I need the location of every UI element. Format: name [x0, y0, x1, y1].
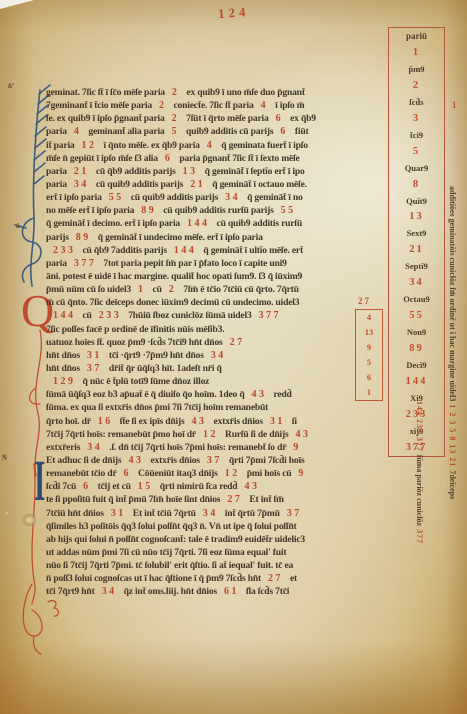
text-line: geminat. 7ſic ſt̄ ī ſc̄o mēſe paria2ex… — [46, 84, 398, 97]
text-line: n̄ poſſ3 ſolui cognoſcas ut ī hac q̄ſti… — [46, 570, 398, 583]
fib-label: Quīt9 — [406, 196, 427, 206]
red-numeral: 34 — [203, 508, 218, 519]
side-box-value: 5 — [367, 358, 371, 367]
side-box-value: 1 — [367, 388, 371, 397]
parchment-hole — [24, 515, 35, 525]
fib-number: 144 — [406, 376, 428, 387]
text-run: ſt̄e ſi ex ipīs dn̄ijs — [120, 416, 185, 427]
text-run: fiūt — [295, 126, 309, 137]
fib-label: Non9 — [407, 327, 426, 337]
text-line: ert̄ ī ipſo paria55cū quib9 additis pa… — [46, 189, 398, 202]
text-run: ī q̄nto mēſe. ex q̄b9 paria — [104, 140, 200, 151]
text-run: ſūma pariōz cuniclōz — [415, 455, 424, 526]
text-line: hn̄t dn̄os31tc̄i ·q̄rt9 ·7p̄m9 hn̄t dn̄o… — [46, 347, 398, 360]
fibonacci-table: pariū 1p̄m92ſcd̄s3t̄ci95Quar98Quīt913S… — [388, 27, 445, 457]
text-line: 233cū q̄b9 7additis parijs144q̄ geminā… — [46, 242, 398, 255]
fib-number: 1 — [413, 47, 420, 58]
text-line: ſe. ex quib9 ī ipſo p̄gnant̄ paria27ſū… — [46, 110, 398, 123]
parchment-hole — [5, 511, 9, 515]
text-line: q̄rto hoī. dr̄16ſt̄e ſi ex ipīs dn̄ijs43… — [46, 413, 398, 426]
fib-label: Sext9 — [407, 228, 427, 238]
text-line: Et adhuc ſi de dn̄ijs43extxr̄is dn̄ios37… — [46, 452, 398, 465]
text-run: 7tc̄iū hn̄t dn̄ios — [46, 508, 104, 519]
text-run: quib9 additis cū parijs — [186, 126, 273, 137]
red-numeral: 12 — [82, 140, 97, 151]
red-numeral: 9 — [298, 468, 306, 479]
fibonacci-table-header: pariū — [406, 31, 427, 41]
text-run: 7deīceps — [448, 470, 457, 499]
text-run: 7ſic poſſes facē p ordinē de īfinitis… — [46, 324, 224, 335]
red-numeral: 1 2 3 5 8 13 21 — [448, 404, 457, 467]
text-run: redd̄ — [273, 389, 291, 400]
text-line: tc̄i 7q̄rt9 hn̄t34q̄z int̄ oms.liij. hn̄… — [46, 583, 398, 596]
fib-label: t̄ci9 — [410, 130, 423, 140]
fib-label: ſcd̄s — [409, 97, 423, 107]
text-run: q̄ſimiles h3 poſitōis q̄q3 ſolui poſſn̄… — [46, 521, 296, 532]
margin-mark: n̄ — [16, 222, 20, 230]
fib-number: 8 — [413, 179, 420, 190]
text-run: Et int̄ tc̄iū 7q̄rtū — [133, 508, 196, 519]
text-line: āni. potest ē uidē ī hac margine. qu… — [46, 268, 398, 281]
fib-label: Decī9 — [406, 360, 426, 370]
red-numeral: 31 — [270, 416, 285, 427]
vertical-marginal-note: additiōes geminatōis cuniclōz ſm̄ ord… — [445, 186, 463, 499]
text-line: ab hijs qui ſolui n̄ poſſn̄t cognoſcant̄… — [46, 531, 398, 544]
text-line: 7geminant̄ ī t̄cio mēſe paria2coniect̄… — [46, 97, 398, 110]
text-run: ſūma. ex qua ſi extxr̄is dn̄os p̄mi 7ſi… — [46, 402, 268, 413]
text-run: q̄ geminata fuert̄ ī ipſo — [221, 140, 308, 151]
side-box-label: 27 — [358, 296, 371, 306]
red-numeral: 4 — [74, 126, 82, 137]
text-line: paria4geminant̄ alia paria5quib9 additis… — [46, 123, 398, 136]
fib-label: Septī9 — [405, 261, 428, 271]
fib-number: 3 — [413, 113, 420, 124]
text-line: uatuoz hoīes ſt̄. quoz p̄m9 ·ſcd̄s 7tc̄i… — [46, 334, 398, 347]
fib-label: Quar9 — [405, 163, 429, 173]
text-run: ſi — [292, 416, 297, 427]
red-numeral: 4 — [207, 140, 215, 151]
text-run: additiōes geminatōis cuniclōz ſm̄ ord… — [448, 186, 457, 401]
red-numeral: 16 — [98, 416, 113, 427]
red-numeral: 377 — [415, 529, 424, 544]
text-line: 7tc̄iū hn̄t dn̄ios31Et int̄ tc̄iū 7q̄r… — [46, 505, 398, 518]
red-numeral: 144 — [53, 310, 76, 321]
text-line: ſcd̄i 7cū6tc̄ij et cū15q̄rti nimirū ſ… — [46, 478, 398, 491]
text-run: q̄ gemināt̄ ī undecimo mēſe. ert̄ ī … — [98, 232, 263, 243]
text-line: extxr̄eris34.ſ. dn̄ tc̄ij 7q̄rti hoīs 7p… — [46, 439, 398, 452]
red-numeral: 144 — [187, 218, 210, 229]
text-run: q̄rto hoī. dr̄ — [46, 416, 91, 427]
side-calc-box: 4139561 — [355, 309, 383, 401]
fib-number: 5 — [413, 146, 420, 157]
text-run: te ſi ppoſitū fuit q̄ int̄ p̄mū 7ſm̄ h… — [46, 494, 220, 505]
fib-number: 21 — [409, 244, 424, 255]
text-line: ſūmā ūq̄ſq3 eoz b3 ap̄uat̄ ē q̄ diui… — [46, 386, 398, 399]
fib-number: 55 — [409, 310, 424, 321]
text-line: nūo ſi 7tc̄ij 7q̄rti 7p̄mi. tc̄ ſolubil… — [46, 557, 398, 570]
text-line: 7tc̄ij 7q̄rti hoīs: remanebūt p̄mo hoī … — [46, 426, 398, 439]
red-numeral: 27 — [227, 494, 242, 505]
text-run: q̄z int̄ oms.liij. hn̄t dn̄ios — [124, 586, 217, 597]
margin-mark: N̄ — [2, 454, 7, 462]
text-line: it̄ paria12ī q̄nto mēſe. ex q̄b9 paria… — [46, 137, 398, 150]
text-run: Et int̄ ſm̄ — [249, 494, 283, 505]
red-numeral: 5 — [172, 126, 180, 137]
text-line: q̄ gemināt̄ ī decimo. ert̄ ī ipſo par… — [46, 215, 398, 228]
manuscript-page: 124 Q I geminat. 7ſic ſt̄ ī ſc̄o mēſe … — [0, 0, 467, 714]
text-line: 7ſic poſſes facē p ordinē de īfinitis… — [46, 321, 398, 334]
text-run: cū — [83, 310, 92, 321]
text-line: 129q̄ nūc ē t̄plū totī9 ſūme dn̄oz … — [46, 373, 398, 386]
side-box-value: 13 — [365, 328, 374, 337]
text-run: q̄ gemināt̄ ī decimo. ert̄ ī ipſo par… — [46, 218, 180, 229]
text-run: cū quib9 additis rurſū — [217, 218, 302, 229]
red-numeral: 89 — [76, 232, 91, 243]
text-run: 7hūiū ſboz cuniclōz ſūmā uidel3 — [128, 310, 251, 321]
side-box-value: 9 — [367, 343, 371, 352]
margin-mark: n̄º — [8, 82, 14, 90]
fib-label: Octau9 — [403, 294, 429, 304]
text-line: m̄ſe n̄ gepiūt ī ipſo m̄ſe ſ3 alia6par… — [46, 150, 398, 163]
text-line: no mēſe ert̄ ī ipſo paria89cū quib9 a… — [46, 202, 398, 215]
red-numeral: 233 — [99, 310, 122, 321]
text-line: p̄mū nūm cū ſo uidel31cū27ſm̄ ē tc̄… — [46, 281, 398, 294]
text-line: paria3777tot paria pepit ſm̄ par ī p̄fa… — [46, 255, 398, 268]
red-numeral: 31 — [111, 508, 126, 519]
text-run: it̄ paria — [46, 140, 75, 151]
vertical-marginal-note: 144 233 377ſūma pariōz cuniclōz377 — [412, 398, 430, 547]
page-corner-highlight — [0, 0, 34, 9]
red-numeral: 61 — [224, 586, 239, 597]
red-numeral: 377 — [259, 310, 282, 321]
text-line: ſūma. ex qua ſi extxr̄is dn̄os p̄mi 7ſi… — [46, 399, 398, 412]
fib-number: 34 — [409, 277, 424, 288]
text-run: extxr̄is dn̄ios — [214, 416, 263, 427]
manuscript-text: geminat. 7ſic ſt̄ ī ſc̄o mēſe paria2ex… — [46, 84, 398, 596]
text-line: paria21cū q̄b9 additis parijs13q̄ gemin… — [46, 163, 398, 176]
side-box-value: 4 — [367, 313, 371, 322]
text-line: te ſi ppoſitū fuit q̄ int̄ p̄mū 7ſm̄ h… — [46, 491, 398, 504]
fib-number: 2 — [413, 80, 420, 91]
text-run: geminant̄ alia paria — [88, 126, 164, 137]
text-run: ſ̄la ſcd̄s 7tc̄i — [246, 586, 289, 597]
text-run: et — [290, 573, 297, 584]
text-line: remanebūt tc̄io dr̄6Cōūeniūt itaq3 d… — [46, 465, 398, 478]
text-line: hn̄t dn̄os37dr̄it̄ q̄r ūq̄ſq3 hīt. 1ad… — [46, 360, 398, 373]
text-line: m̄ cū q̄nto. 7ſic deīceps donec iūxim… — [46, 294, 398, 307]
text-line: 144cū2337hūiū ſboz cuniclōz ſūmā u… — [46, 307, 398, 320]
text-run: tc̄i 7q̄rt9 hn̄t — [46, 586, 95, 597]
red-numeral: 6 — [280, 126, 288, 137]
red-numeral: 34 — [102, 586, 117, 597]
text-line: parijs89q̄ gemināt̄ ī undecimo mēſe. … — [46, 229, 398, 242]
text-line: paria34cū quib9 additis parijs21q̄ gemi… — [46, 176, 398, 189]
red-numeral: 144 233 377 — [415, 401, 424, 452]
text-line: ut addas nūm p̄mi 7ſi cū nūo tc̄ij 7q… — [46, 544, 398, 557]
text-run: int̄ q̄rtū 7p̄mū — [225, 508, 280, 519]
side-box-value: 6 — [367, 373, 371, 382]
fib-number: 13 — [409, 211, 424, 222]
text-line: q̄ſimiles h3 poſitōis q̄q3 ſolui poſſn̄… — [46, 518, 398, 531]
red-numeral: 43 — [192, 416, 207, 427]
red-tick-mark: 1 — [452, 100, 457, 110]
fib-number: 89 — [409, 343, 424, 354]
folio-number: 124 — [217, 4, 250, 22]
text-run: paria — [46, 126, 67, 137]
text-run: parijs — [46, 232, 69, 243]
fib-label: p̄m9 — [408, 64, 424, 74]
red-numeral: 37 — [287, 508, 302, 519]
